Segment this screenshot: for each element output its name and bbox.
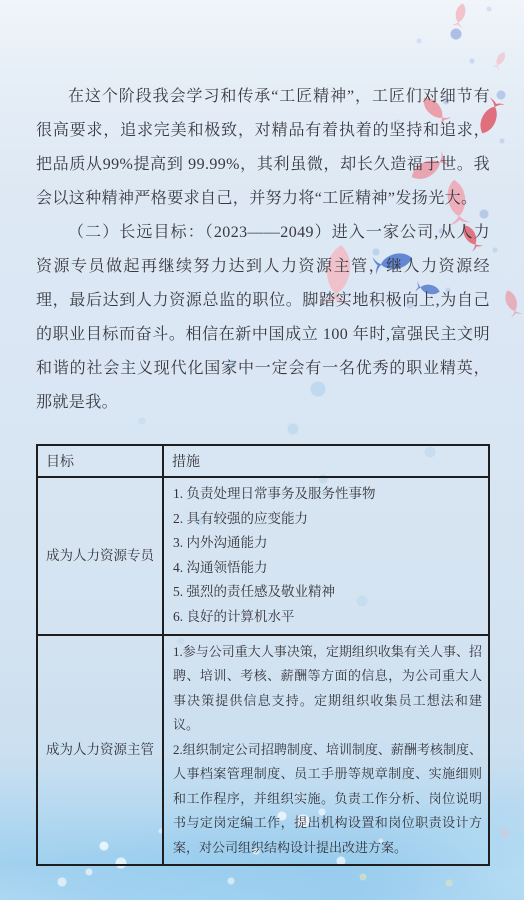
table-header-row: 目标 措施 <box>37 445 489 477</box>
measure-item: 4. 沟通领悟能力 <box>173 556 482 581</box>
goal-cell-hr-specialist: 成为人力资源专员 <box>37 477 163 635</box>
body-paragraph-long-term-goal: （二）长远目标：（2023——2049）进入一家公司,从人力资源专员做起再继续努… <box>36 216 490 420</box>
measures-cell-hr-supervisor: 1.参与公司重大人事决策，定期组织收集有关人事、招聘、培训、考核、薪酬等方面的信… <box>163 635 489 866</box>
measure-item: 1.参与公司重大人事决策，定期组织收集有关人事、招聘、培训、考核、薪酬等方面的信… <box>173 640 482 738</box>
table-header-goal: 目标 <box>37 445 163 477</box>
measure-item: 2. 具有较强的应变能力 <box>173 507 482 532</box>
goal-cell-hr-supervisor: 成为人力资源主管 <box>37 635 163 866</box>
measure-item: 6. 良好的计算机水平 <box>173 605 482 630</box>
measure-item: 1. 负责处理日常事务及服务性事物 <box>173 482 482 507</box>
goals-table: 目标 措施 成为人力资源专员 1. 负责处理日常事务及服务性事物 2. 具有较强… <box>36 444 490 866</box>
document-body: 在这个阶段我会学习和传承“工匠精神”，工匠们对细节有很高要求，追求完美和极致，对… <box>36 80 490 866</box>
measures-cell-hr-specialist: 1. 负责处理日常事务及服务性事物 2. 具有较强的应变能力 3. 内外沟通能力… <box>163 477 489 635</box>
measure-item: 5. 强烈的责任感及敬业精神 <box>173 580 482 605</box>
table-row: 成为人力资源专员 1. 负责处理日常事务及服务性事物 2. 具有较强的应变能力 … <box>37 477 489 635</box>
table-header-measures: 措施 <box>163 445 489 477</box>
body-paragraph-craftsman-spirit: 在这个阶段我会学习和传承“工匠精神”，工匠们对细节有很高要求，追求完美和极致，对… <box>36 80 490 216</box>
table-row: 成为人力资源主管 1.参与公司重大人事决策，定期组织收集有关人事、招聘、培训、考… <box>37 635 489 866</box>
document-page: { "document": { "paragraph_1": "在这个阶段我会学… <box>0 0 524 900</box>
measure-item: 2.组织制定公司招聘制度、培训制度、薪酬考核制度、人事档案管理制度、员工手册等规… <box>173 738 482 861</box>
measure-item: 3. 内外沟通能力 <box>173 531 482 556</box>
